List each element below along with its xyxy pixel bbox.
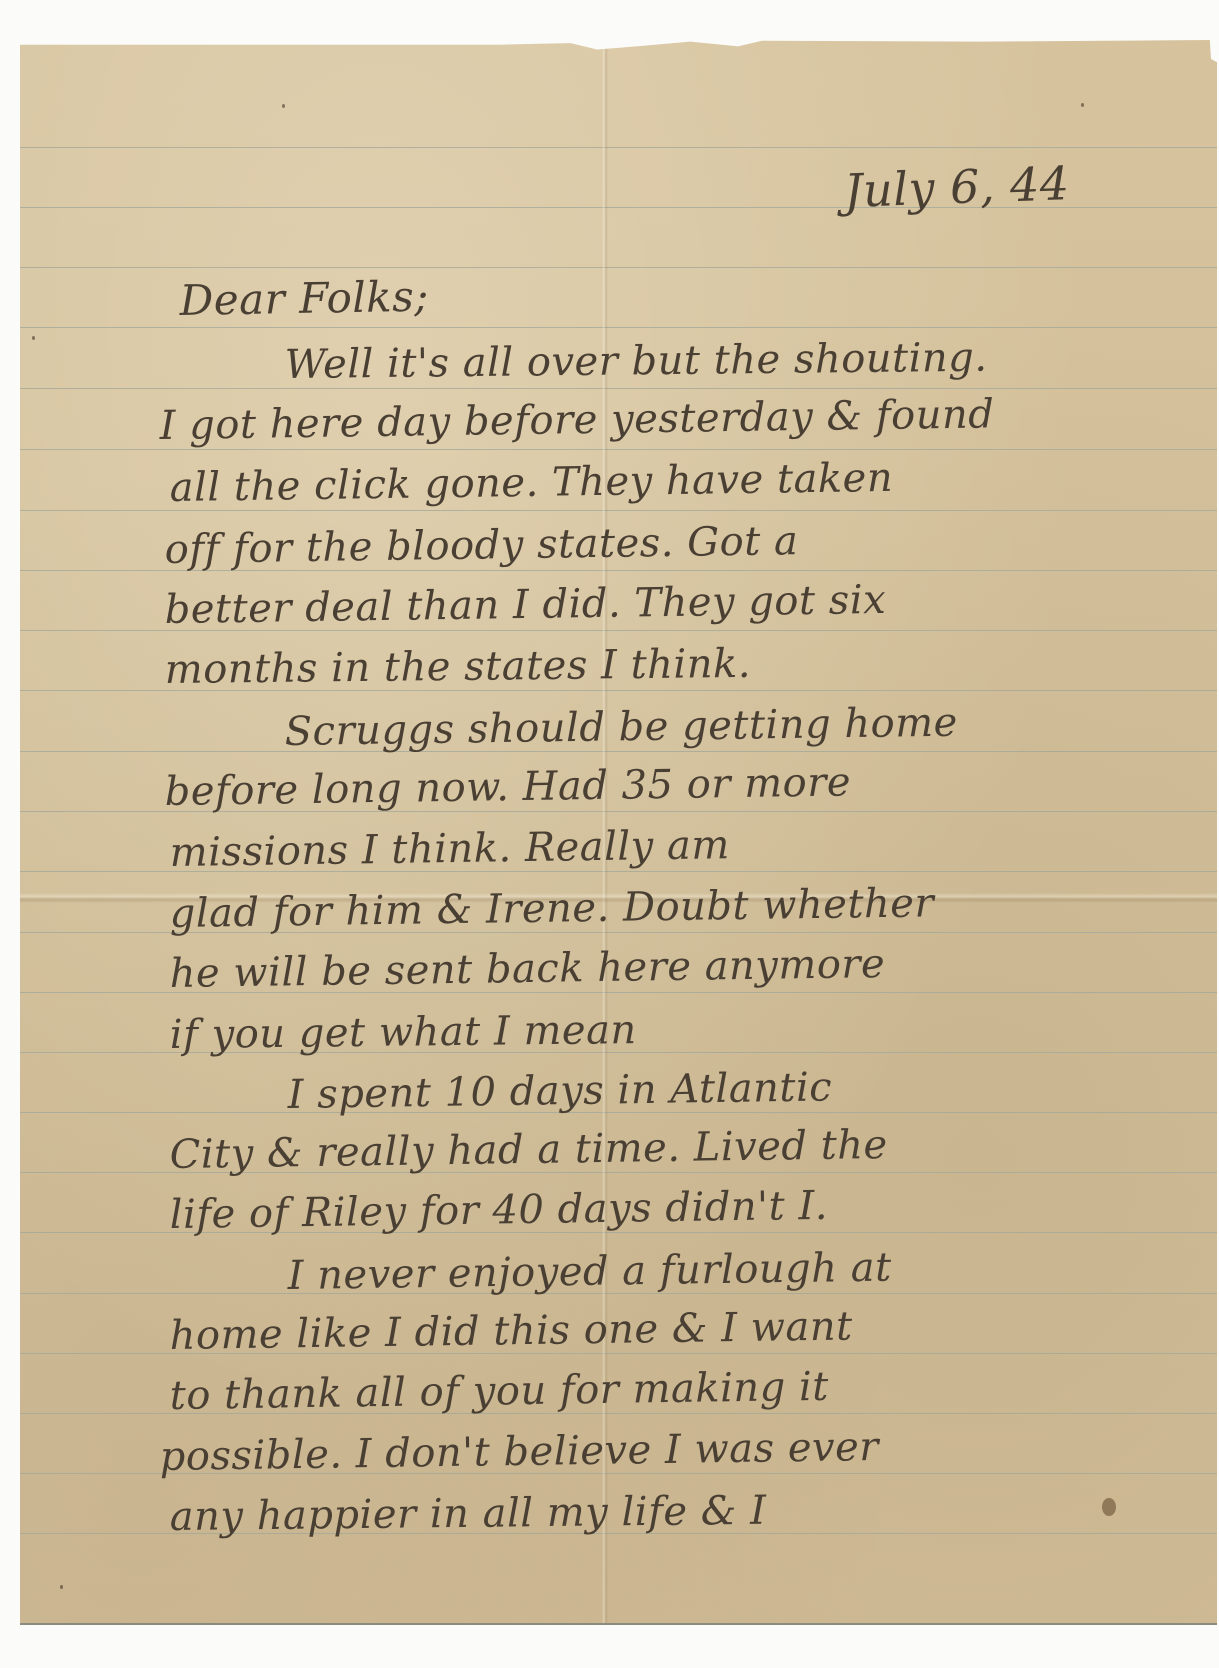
letter-line: off for the bloody states. Got a — [164, 521, 798, 570]
letter-line: Well it's all over but the shouting. — [285, 338, 988, 385]
paper-bottom-edge — [20, 1623, 1217, 1625]
letter-line: home like I did this one & I want — [169, 1306, 852, 1356]
letter-line: better deal than I did. They got six — [164, 580, 886, 630]
letter-line: I never enjoyed a furlough at — [287, 1248, 891, 1296]
letter-line: if you get what I mean — [170, 1010, 637, 1055]
letter-line: I got here day before yesterday & found — [159, 394, 994, 446]
letter-line: all the click gone. They have taken — [169, 458, 893, 508]
ruled-line — [20, 751, 1217, 752]
ruled-line — [20, 267, 1217, 268]
letter-line: months in the states I think. — [165, 644, 752, 690]
letter-line: he will be sent back here anymore — [169, 944, 885, 994]
letter-line: City & really had a time. Lived the — [169, 1125, 887, 1175]
paper-speck — [1081, 103, 1084, 107]
letter-line: I spent 10 days in Atlantic — [287, 1067, 832, 1115]
letter-line: Scruggs should be getting home — [284, 703, 958, 752]
ink-stain — [1102, 1498, 1116, 1516]
ruled-line — [20, 147, 1217, 148]
ruled-line — [20, 327, 1217, 328]
letter-page: July 6, 44 Dear Folks; Well it's all ove… — [20, 40, 1217, 1625]
letter-date: July 6, 44 — [843, 160, 1070, 214]
letter-line: possible. I don't believe I was ever — [159, 1427, 879, 1477]
letter-line: to thank all of you for making it — [169, 1367, 829, 1416]
paper-speck — [282, 104, 285, 108]
letter-line: missions I think. Really am — [169, 825, 730, 873]
letter-line: glad for him & Irene. Doubt whether — [169, 883, 934, 934]
letter-salutation: Dear Folks; — [179, 276, 429, 322]
letter-line: life of Riley for 40 days didn't I. — [169, 1186, 828, 1235]
ruled-line — [20, 449, 1217, 450]
ruled-line — [20, 388, 1217, 389]
paper-speck — [60, 1585, 63, 1589]
letter-line: before long now. Had 35 or more — [164, 762, 851, 812]
paper-speck — [32, 336, 35, 340]
letter-line: any happier in all my life & I — [170, 1491, 767, 1537]
